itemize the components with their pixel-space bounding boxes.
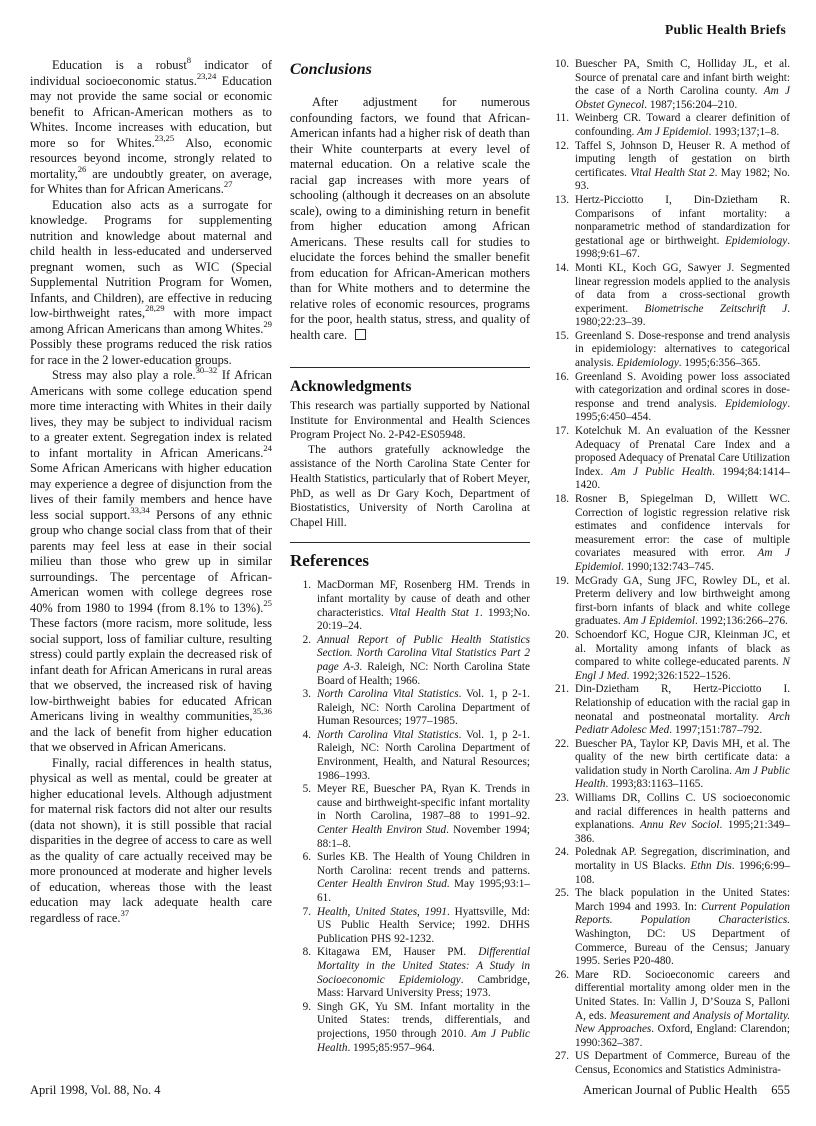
reference-number: 2. (290, 634, 311, 648)
reference-text: Greenland S. Avoiding power loss associa… (575, 371, 790, 424)
reference-number: 12. (548, 140, 569, 154)
conclusions-text: After adjustment for numerous confoundin… (290, 95, 530, 343)
paragraph: The authors gratefully acknowledge the a… (290, 443, 530, 531)
reference-number: 13. (548, 194, 569, 208)
reference-text: US Department of Commerce, Bureau of the… (575, 1050, 790, 1076)
reference-text: Williams DR, Collins C. US socioeconomic… (575, 792, 790, 845)
journal-footer: American Journal of Public Health655 (583, 1083, 790, 1098)
conclusions-heading: Conclusions (290, 60, 530, 80)
reference-number: 23. (548, 792, 569, 806)
reference-number: 18. (548, 493, 569, 507)
reference-text: Weinberg CR. Toward a clearer definition… (575, 112, 790, 138)
reference-text: North Carolina Vital Statistics. Vol. 1,… (317, 688, 530, 727)
reference-number: 26. (548, 969, 569, 983)
reference-item: 15.Greenland S. Dose-response and trend … (548, 330, 790, 371)
reference-number: 5. (290, 783, 311, 797)
reference-item: 17.Kotelchuk M. An evaluation of the Kes… (548, 425, 790, 493)
reference-item: 13.Hertz-Picciotto I, Din-Dzietham R. Co… (548, 194, 790, 262)
reference-number: 25. (548, 887, 569, 901)
reference-number: 16. (548, 371, 569, 385)
reference-item: 9.Singh GK, Yu SM. Infant mortality in t… (290, 1001, 530, 1055)
reference-text: Surles KB. The Health of Young Children … (317, 851, 530, 904)
reference-item: 4.North Carolina Vital Statistics. Vol. … (290, 729, 530, 783)
reference-text: Singh GK, Yu SM. Infant mortality in the… (317, 1001, 530, 1054)
reference-number: 17. (548, 425, 569, 439)
paragraph: Education also acts as a surrogate for k… (30, 198, 272, 369)
reference-item: 27.US Department of Commerce, Bureau of … (548, 1050, 790, 1077)
acknowledgments-text: This research was partially supported by… (290, 399, 530, 530)
reference-item: 21.Din-Dzietham R, Hertz-Picciotto I. Re… (548, 683, 790, 737)
issue-info: April 1998, Vol. 88, No. 4 (30, 1083, 160, 1098)
reference-item: 22.Buescher PA, Taylor KP, Davis MH, et … (548, 738, 790, 792)
reference-text: Din-Dzietham R, Hertz-Picciotto I. Relat… (575, 683, 790, 736)
page-footer: April 1998, Vol. 88, No. 4 American Jour… (30, 1083, 790, 1098)
reference-item: 26.Mare RD. Socioeconomic careers and di… (548, 969, 790, 1051)
reference-number: 21. (548, 683, 569, 697)
reference-item: 10.Buescher PA, Smith C, Holliday JL, et… (548, 58, 790, 112)
reference-text: Buescher PA, Smith C, Holliday JL, et al… (575, 58, 790, 111)
reference-number: 3. (290, 688, 311, 702)
paragraph: Finally, racial differences in health st… (30, 756, 272, 927)
reference-text: Kitagawa EM, Hauser PM. Differential Mor… (317, 946, 530, 999)
reference-item: 6.Surles KB. The Health of Young Childre… (290, 851, 530, 905)
column-left: Education is a robust8 indicator of indi… (30, 58, 272, 1078)
reference-item: 14.Monti KL, Koch GG, Sawyer J. Segmente… (548, 262, 790, 330)
paragraph: After adjustment for numerous confoundin… (290, 95, 530, 343)
article-columns: Education is a robust8 indicator of indi… (30, 58, 790, 1078)
column-middle: Conclusions After adjustment for numerou… (290, 58, 530, 1078)
reference-text: Schoendorf KC, Hogue CJR, Kleinman JC, e… (575, 629, 790, 682)
reference-item: 3.North Carolina Vital Statistics. Vol. … (290, 688, 530, 729)
reference-item: 23.Williams DR, Collins C. US socioecono… (548, 792, 790, 846)
paragraph: This research was partially supported by… (290, 399, 530, 443)
paragraph: Stress may also play a role.30–32 If Afr… (30, 368, 272, 756)
reference-number: 20. (548, 629, 569, 643)
references-heading: References (290, 550, 530, 572)
discussion-text: Education is a robust8 indicator of indi… (30, 58, 272, 926)
page-number: 655 (771, 1083, 790, 1097)
reference-number: 22. (548, 738, 569, 752)
reference-text: Meyer RE, Buescher PA, Ryan K. Trends in… (317, 783, 530, 849)
reference-text: North Carolina Vital Statistics. Vol. 1,… (317, 729, 530, 782)
reference-text: Polednak AP. Segregation, discrimination… (575, 846, 790, 885)
reference-item: 24.Polednak AP. Segregation, discriminat… (548, 846, 790, 887)
reference-item: 18.Rosner B, Spiegelman D, Willett WC. C… (548, 493, 790, 575)
reference-number: 15. (548, 330, 569, 344)
reference-item: 7.Health, United States, 1991. Hyattsvil… (290, 906, 530, 947)
reference-item: 12.Taffel S, Johnson D, Heuser R. A meth… (548, 140, 790, 194)
reference-number: 7. (290, 906, 311, 920)
reference-number: 11. (548, 112, 569, 126)
reference-text: McGrady GA, Sung JFC, Rowley DL, et al. … (575, 575, 790, 628)
reference-item: 16.Greenland S. Avoiding power loss asso… (548, 371, 790, 425)
reference-number: 9. (290, 1001, 311, 1015)
reference-text: Greenland S. Dose-response and trend ana… (575, 330, 790, 369)
reference-number: 19. (548, 575, 569, 589)
section-divider (290, 367, 530, 368)
reference-text: Hertz-Picciotto I, Din-Dzietham R. Compa… (575, 194, 790, 260)
reference-text: Kotelchuk M. An evaluation of the Kessne… (575, 425, 790, 491)
reference-number: 10. (548, 58, 569, 72)
end-of-article-box (355, 329, 366, 340)
column-right: 10.Buescher PA, Smith C, Holliday JL, et… (548, 58, 790, 1078)
reference-item: 20.Schoendorf KC, Hogue CJR, Kleinman JC… (548, 629, 790, 683)
acknowledgments-heading: Acknowledgments (290, 377, 530, 396)
journal-page: Public Health Briefs Education is a robu… (0, 0, 816, 1126)
reference-number: 8. (290, 946, 311, 960)
reference-text: Monti KL, Koch GG, Sawyer J. Segmented l… (575, 262, 790, 328)
reference-list-1-9: 1.MacDorman MF, Rosenberg HM. Trends in … (290, 579, 530, 1055)
paragraph: Education is a robust8 indicator of indi… (30, 58, 272, 198)
reference-text: Mare RD. Socioeconomic careers and diffe… (575, 969, 790, 1049)
reference-number: 4. (290, 729, 311, 743)
reference-item: 25.The black population in the United St… (548, 887, 790, 969)
reference-number: 14. (548, 262, 569, 276)
reference-text: Buescher PA, Taylor KP, Davis MH, et al.… (575, 738, 790, 791)
reference-item: 5.Meyer RE, Buescher PA, Ryan K. Trends … (290, 783, 530, 851)
reference-list-10-27: 10.Buescher PA, Smith C, Holliday JL, et… (548, 58, 790, 1078)
reference-number: 1. (290, 579, 311, 593)
journal-name: American Journal of Public Health (583, 1083, 757, 1097)
reference-number: 6. (290, 851, 311, 865)
reference-text: MacDorman MF, Rosenberg HM. Trends in in… (317, 579, 530, 632)
reference-item: 2.Annual Report of Public Health Statist… (290, 634, 530, 688)
reference-text: Rosner B, Spiegelman D, Willett WC. Corr… (575, 493, 790, 573)
reference-number: 24. (548, 846, 569, 860)
reference-text: Taffel S, Johnson D, Heuser R. A method … (575, 140, 790, 193)
running-head: Public Health Briefs (665, 22, 786, 38)
reference-item: 11.Weinberg CR. Toward a clearer definit… (548, 112, 790, 139)
reference-item: 8.Kitagawa EM, Hauser PM. Differential M… (290, 946, 530, 1000)
reference-item: 19.McGrady GA, Sung JFC, Rowley DL, et a… (548, 575, 790, 629)
reference-text: Health, United States, 1991. Hyattsville… (317, 906, 530, 945)
section-divider (290, 542, 530, 543)
reference-text: The black population in the United State… (575, 887, 790, 967)
reference-number: 27. (548, 1050, 569, 1064)
reference-text: Annual Report of Public Health Statistic… (317, 634, 530, 687)
reference-item: 1.MacDorman MF, Rosenberg HM. Trends in … (290, 579, 530, 633)
